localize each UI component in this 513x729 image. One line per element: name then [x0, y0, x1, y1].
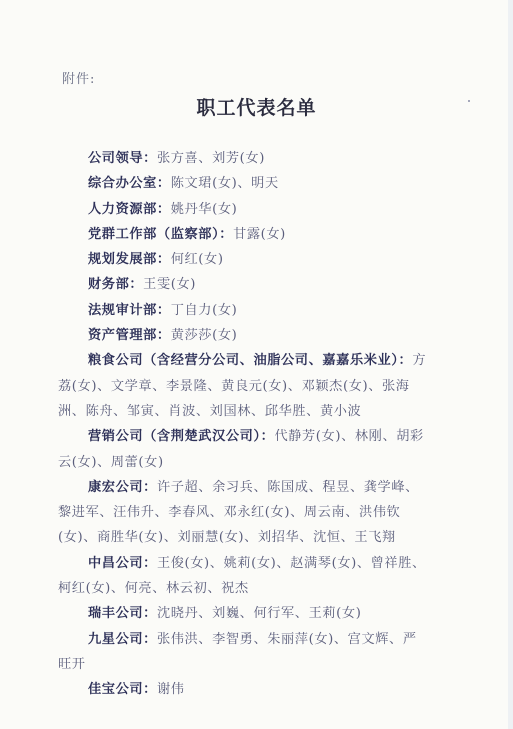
- representative-names: 沈晓丹、刘巍、何行军、王莉(女): [157, 606, 362, 621]
- list-item: 瑞丰公司：沈晓丹、刘巍、何行军、王莉(女): [58, 601, 428, 626]
- list-item: 党群工作部（监察部）：甘露(女): [58, 222, 428, 247]
- department-name: 九星公司：: [88, 632, 157, 647]
- representative-names: 姚丹华(女): [171, 202, 238, 217]
- department-name: 规划发展部：: [88, 252, 171, 267]
- list-item: 营销公司（含荆楚武汉公司）：代静芳(女)、林刚、胡彩云(女)、周蕾(女): [58, 424, 428, 475]
- list-item: 规划发展部：何红(女): [58, 247, 428, 272]
- representative-names: 黄莎莎(女): [171, 328, 238, 343]
- list-item: 法规审计部：丁自力(女): [58, 298, 428, 323]
- list-item: 人力资源部：姚丹华(女): [58, 197, 428, 222]
- representative-list: 公司领导：张方喜、刘芳(女) 综合办公室：陈文珺(女)、明天 人力资源部：姚丹华…: [58, 146, 428, 703]
- list-item: 九星公司：张伟洪、李智勇、朱丽萍(女)、宫文辉、严旺开: [58, 627, 428, 678]
- attachment-label: 附件:: [62, 68, 95, 87]
- list-item: 财务部：王雯(女): [58, 272, 428, 297]
- list-item: 佳宝公司：谢伟: [58, 677, 428, 702]
- representative-names: 张方喜、刘芳(女): [157, 151, 265, 166]
- department-name: 法规审计部：: [88, 303, 171, 318]
- document-page: 附件: 职工代表名单 公司领导：张方喜、刘芳(女) 综合办公室：陈文珺(女)、明…: [0, 0, 508, 729]
- department-name: 财务部：: [88, 277, 143, 292]
- document-title: 职工代表名单: [0, 93, 513, 120]
- representative-names: 何红(女): [171, 252, 224, 267]
- department-name: 资产管理部：: [88, 328, 171, 343]
- representative-names: 丁自力(女): [171, 303, 238, 318]
- scan-speck: [468, 100, 470, 102]
- list-item: 粮食公司（含经营分公司、油脂公司、嘉嘉乐米业）：方荔(女)、文学章、李景隆、黄良…: [58, 348, 428, 424]
- department-name: 中昌公司：: [88, 556, 157, 571]
- list-item: 综合办公室：陈文珺(女)、明天: [58, 171, 428, 196]
- representative-names: 王雯(女): [143, 277, 196, 292]
- department-name: 党群工作部（监察部）：: [88, 227, 233, 242]
- representative-names: 谢伟: [157, 682, 185, 697]
- department-name: 综合办公室：: [88, 176, 171, 191]
- list-item: 康宏公司：许子超、余习兵、陈国成、程昱、龚学峰、黎进军、汪伟升、李春风、邓永红(…: [58, 475, 428, 551]
- department-name: 营销公司（含荆楚武汉公司）：: [88, 429, 274, 444]
- list-item: 资产管理部：黄莎莎(女): [58, 323, 428, 348]
- list-item: 中昌公司：王俊(女)、姚莉(女)、赵满琴(女)、曾祥胜、柯红(女)、何亮、林云初…: [58, 551, 428, 602]
- list-item: 公司领导：张方喜、刘芳(女): [58, 146, 428, 171]
- department-name: 粮食公司（含经营分公司、油脂公司、嘉嘉乐米业）：: [88, 353, 412, 368]
- department-name: 康宏公司：: [88, 480, 157, 495]
- representative-names: 陈文珺(女)、明天: [171, 176, 279, 191]
- page-edge: [508, 0, 513, 729]
- department-name: 人力资源部：: [88, 202, 171, 217]
- department-name: 公司领导：: [88, 151, 157, 166]
- representative-names: 甘露(女): [233, 227, 286, 242]
- department-name: 瑞丰公司：: [88, 606, 157, 621]
- department-name: 佳宝公司：: [88, 682, 157, 697]
